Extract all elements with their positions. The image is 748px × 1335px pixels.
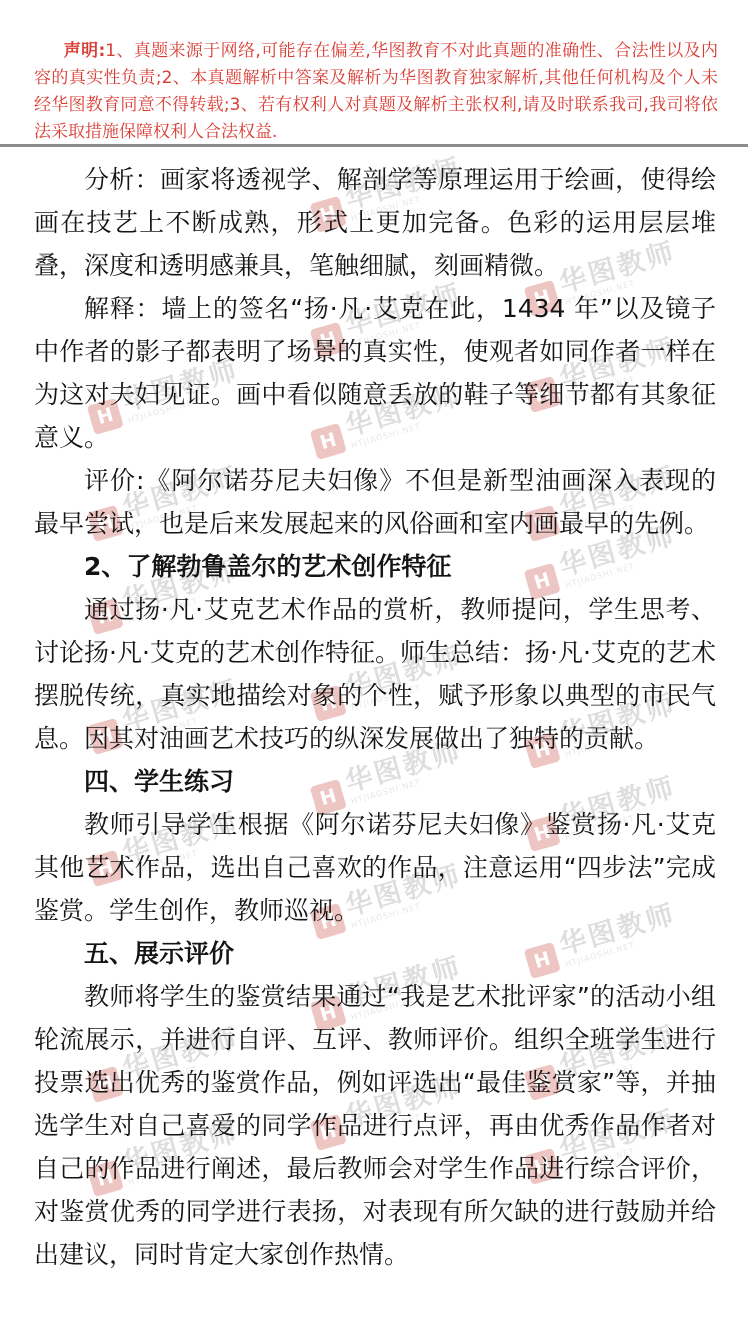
divider-line xyxy=(0,144,748,147)
body-paragraph: 分析：画家将透视学、解剖学等原理运用于绘画，使得绘画在技艺上不断成熟，形式上更加… xyxy=(34,158,716,287)
section-heading: 四、学生练习 xyxy=(34,760,716,803)
body-paragraph: 解释：墙上的签名“扬·凡·艾克在此，1434 年”以及镜子中作者的影子都表明了场… xyxy=(34,287,716,459)
body-paragraph: 教师将学生的鉴赏结果通过“我是艺术批评家”的活动小组轮流展示，并进行自评、互评、… xyxy=(34,975,716,1276)
disclaimer: 声明:1、真题来源于网络,可能存在偏差,华图教育不对此真题的准确性、合法性以及内… xyxy=(34,38,718,146)
body-paragraph: 通过扬·凡·艾克艺术作品的赏析，教师提问，学生思考、讨论扬·凡·艾克的艺术创作特… xyxy=(34,588,716,760)
body-paragraph: 评价:《阿尔诺芬尼夫妇像》不但是新型油画深入表现的最早尝试，也是后来发展起来的风… xyxy=(34,459,716,545)
disclaimer-label: 声明: xyxy=(64,41,106,61)
section-heading: 五、展示评价 xyxy=(34,932,716,975)
document-page: H华图教师HTJIAOSHI.NETH华图教师HTJIAOSHI.NETH华图教… xyxy=(0,0,748,1335)
body-paragraph: 教师引导学生根据《阿尔诺芬尼夫妇像》鉴赏扬·凡·艾克其他艺术作品，选出自己喜欢的… xyxy=(34,803,716,932)
document-body: 分析：画家将透视学、解剖学等原理运用于绘画，使得绘画在技艺上不断成熟，形式上更加… xyxy=(34,158,716,1276)
disclaimer-text: 1、真题来源于网络,可能存在偏差,华图教育不对此真题的准确性、合法性以及内容的真… xyxy=(34,41,718,142)
section-heading: 2、了解勃鲁盖尔的艺术创作特征 xyxy=(34,545,716,588)
